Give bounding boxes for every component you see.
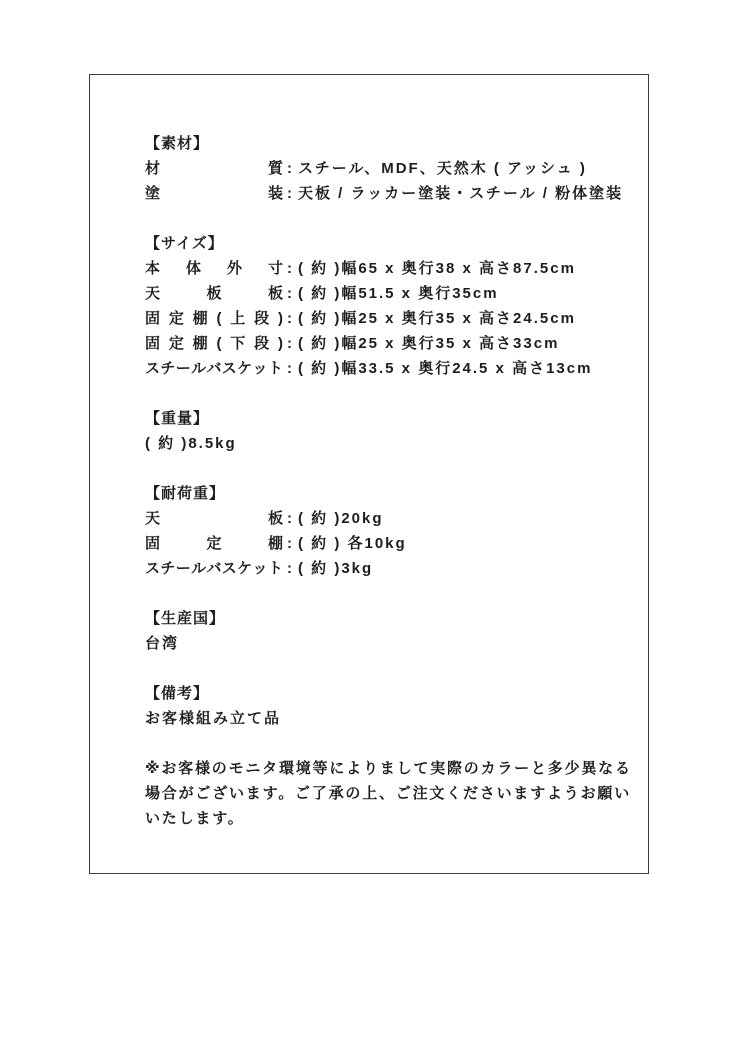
- spec-row-size-shelf-upper: 固定棚(上段):( 約 )幅25 x 奥行35 x 高さ24.5cm: [145, 306, 612, 331]
- spec-value: ( 約 )幅25 x 奥行35 x 高さ24.5cm: [298, 306, 576, 331]
- spec-row-material-quality: 材質:スチール、MDF、天然木 ( アッシュ ): [145, 156, 612, 181]
- spec-row-material-coating: 塗装:天板 / ラッカー塗装・スチール / 粉体塗装: [145, 181, 612, 206]
- section-title-country-of-origin: 【生産国】: [145, 606, 612, 631]
- spec-label: 天板板: [145, 281, 283, 306]
- spec-value: 天板 / ラッカー塗装・スチール / 粉体塗装: [298, 181, 623, 206]
- spec-colon: :: [283, 531, 298, 556]
- spec-colon: :: [283, 506, 298, 531]
- section-weight: 【重量】 ( 約 )8.5kg: [145, 406, 612, 456]
- spec-label: スチールバスケット: [145, 556, 283, 581]
- spec-value: ( 約 )3kg: [298, 556, 373, 581]
- section-title-size: 【サイズ】: [145, 231, 612, 256]
- section-size: 【サイズ】 本体外寸:( 約 )幅65 x 奥行38 x 高さ87.5cm 天板…: [145, 231, 612, 381]
- spec-label: 材質: [145, 156, 283, 181]
- spec-label: 固定棚(上段): [145, 306, 283, 331]
- spec-value: ( 約 )幅65 x 奥行38 x 高さ87.5cm: [298, 256, 576, 281]
- section-remarks: 【備考】 お客様組み立て品: [145, 681, 612, 731]
- spec-value: ( 約 )幅33.5 x 奥行24.5 x 高さ13cm: [298, 356, 592, 381]
- spec-label: 塗装: [145, 181, 283, 206]
- section-title-load-capacity: 【耐荷重】: [145, 481, 612, 506]
- spec-row-size-top-board: 天板板:( 約 )幅51.5 x 奥行35cm: [145, 281, 612, 306]
- remarks-value: お客様組み立て品: [145, 706, 612, 731]
- spec-value: スチール、MDF、天然木 ( アッシュ ): [298, 156, 587, 181]
- spec-label: 固定棚: [145, 531, 283, 556]
- section-title-remarks: 【備考】: [145, 681, 612, 706]
- section-load-capacity: 【耐荷重】 天板:( 約 )20kg 固定棚:( 約 ) 各10kg スチールバ…: [145, 481, 612, 581]
- section-title-weight: 【重量】: [145, 406, 612, 431]
- spec-row-load-steel-basket: スチールバスケット:( 約 )3kg: [145, 556, 612, 581]
- spec-value: ( 約 )幅25 x 奥行35 x 高さ33cm: [298, 331, 559, 356]
- spec-row-load-top-board: 天板:( 約 )20kg: [145, 506, 612, 531]
- spec-colon: :: [283, 306, 298, 331]
- product-spec-document: 【素材】 材質:スチール、MDF、天然木 ( アッシュ ) 塗装:天板 / ラッ…: [89, 74, 649, 874]
- section-title-material: 【素材】: [145, 131, 612, 156]
- spec-value: ( 約 )幅51.5 x 奥行35cm: [298, 281, 499, 306]
- weight-value: ( 約 )8.5kg: [145, 431, 612, 456]
- spec-colon: :: [283, 156, 298, 181]
- monitor-color-disclaimer-note: ※お客様のモニタ環境等によりまして実際のカラーと多少異なる 場合がございます。ご…: [145, 756, 637, 831]
- spec-row-load-shelf: 固定棚:( 約 ) 各10kg: [145, 531, 612, 556]
- spec-row-size-shelf-lower: 固定棚(下段):( 約 )幅25 x 奥行35 x 高さ33cm: [145, 331, 612, 356]
- spec-colon: :: [283, 181, 298, 206]
- page-background: 【素材】 材質:スチール、MDF、天然木 ( アッシュ ) 塗装:天板 / ラッ…: [0, 0, 740, 1056]
- spec-label: 固定棚(下段): [145, 331, 283, 356]
- spec-value: ( 約 )20kg: [298, 506, 384, 531]
- spec-colon: :: [283, 556, 298, 581]
- spec-colon: :: [283, 331, 298, 356]
- spec-colon: :: [283, 256, 298, 281]
- spec-colon: :: [283, 281, 298, 306]
- spec-label: スチールバスケット: [145, 356, 283, 381]
- section-country-of-origin: 【生産国】 台湾: [145, 606, 612, 656]
- origin-value: 台湾: [145, 631, 612, 656]
- spec-row-size-body: 本体外寸:( 約 )幅65 x 奥行38 x 高さ87.5cm: [145, 256, 612, 281]
- spec-colon: :: [283, 356, 298, 381]
- spec-label: 本体外寸: [145, 256, 283, 281]
- spec-row-size-steel-basket: スチールバスケット:( 約 )幅33.5 x 奥行24.5 x 高さ13cm: [145, 356, 612, 381]
- section-material: 【素材】 材質:スチール、MDF、天然木 ( アッシュ ) 塗装:天板 / ラッ…: [145, 131, 612, 206]
- spec-value: ( 約 ) 各10kg: [298, 531, 407, 556]
- spec-label: 天板: [145, 506, 283, 531]
